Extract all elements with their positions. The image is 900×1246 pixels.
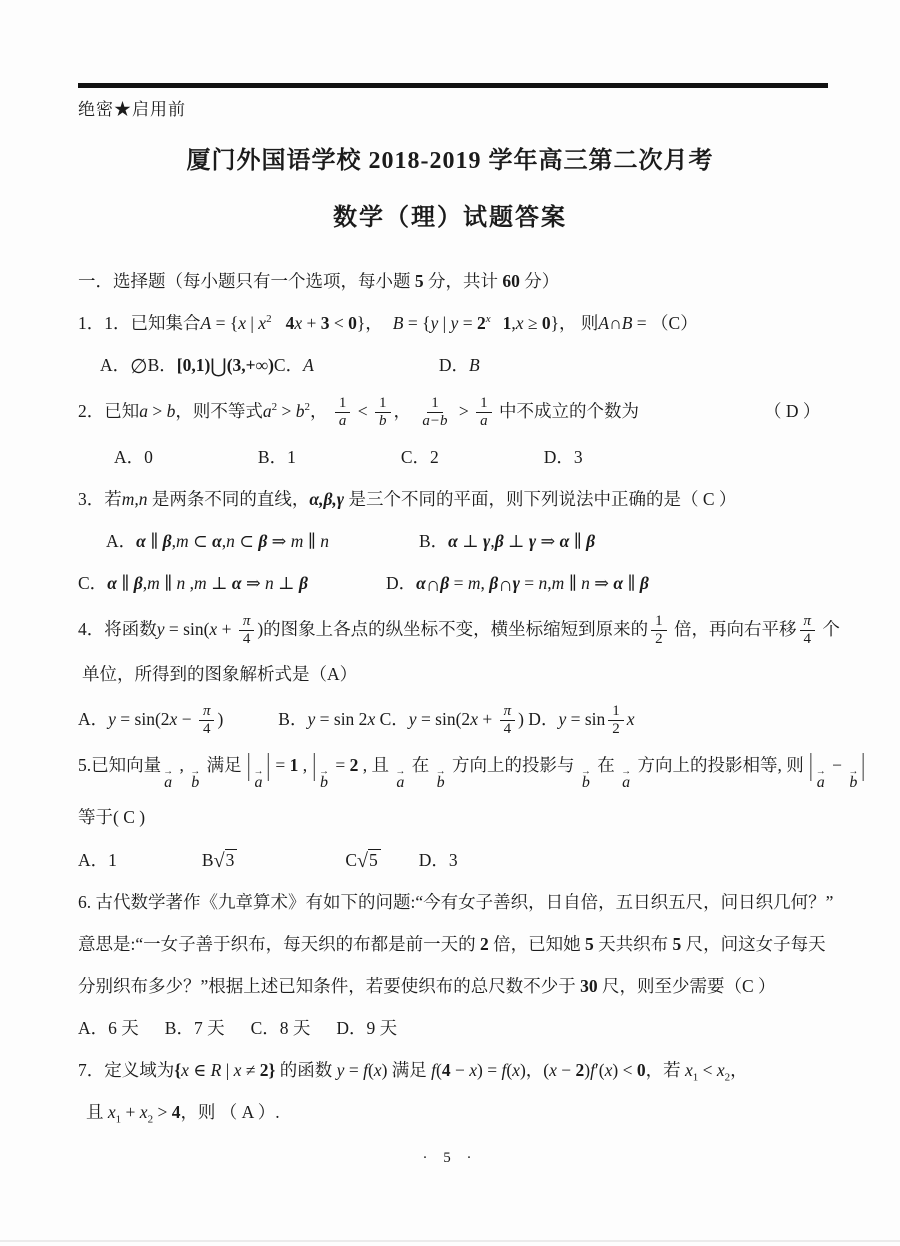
norm-bar: | (808, 741, 814, 787)
text-segment: = sin(2 (417, 709, 471, 729)
text-segment: C (345, 850, 357, 870)
text-segment: ⊥ (274, 573, 299, 593)
exam-title: 厦门外国语学校 2018-2019 学年高三第二次月考 (0, 140, 900, 175)
text-segment: 分别织布多少？”根据上述已知条件，若要使织布的总尺数不少于 (78, 976, 580, 996)
text-segment: A．1 (78, 850, 117, 870)
math-greek: β (163, 531, 172, 551)
q4-options: A．y = sin(2x − π4)B．y = sin 2x C．y = sin… (78, 703, 834, 739)
text-segment: ⊂ (235, 531, 258, 551)
math-fraction: π4 (800, 613, 816, 649)
text-segment: 60 (502, 271, 520, 291)
bottom-rule (0, 1240, 900, 1242)
fraction-denominator: 4 (800, 631, 816, 648)
text-segment: = { (403, 313, 430, 333)
text-segment: 倍，已知她 (489, 934, 585, 954)
text-segment: C． (375, 709, 409, 729)
text-segment: 尺，则至少需要（C ） (598, 976, 776, 996)
text-segment: 4 (286, 313, 295, 333)
math-variable: x (469, 1060, 477, 1080)
radical-sign: √ (357, 850, 368, 872)
math-variable: n (581, 573, 590, 593)
secrecy-label: 绝密★启用前 (78, 95, 186, 120)
text-segment: D．3 (419, 850, 458, 870)
fraction-numerator: 1 (375, 395, 391, 413)
math-fraction: 1a−b (418, 395, 451, 431)
text-segment: 30 (580, 976, 598, 996)
section-header: 一．选择题（每小题只有一个选项，每小题 5 分，共计 60 分） (78, 268, 834, 297)
math-variable: B (393, 313, 404, 333)
vector-letter: b (320, 775, 328, 791)
text-segment: + (478, 709, 497, 729)
text-segment: = (331, 755, 350, 775)
text-segment: , (185, 573, 194, 593)
fraction-numerator: π (800, 613, 816, 631)
text-segment: > (455, 401, 474, 421)
text-segment: 2 (480, 934, 489, 954)
text-segment: 厦门外国语学校 (187, 148, 369, 174)
text-segment: − (451, 1060, 470, 1080)
q5-options: A．1B√3C√5D．3 (78, 846, 834, 876)
text-segment: ⊂ (189, 531, 212, 551)
text-segment: 是三个不同的平面，则下列说法中正确的是（ C ） (344, 489, 736, 509)
text-segment: )，( (520, 1060, 549, 1080)
math-greek: α (136, 531, 146, 551)
text-segment: 7．定义域为 (78, 1060, 174, 1080)
square-root: √5 (357, 846, 381, 876)
text-segment: ， (394, 401, 416, 421)
text-segment: = sin 2 (315, 709, 367, 729)
math-variable: R (211, 1060, 222, 1080)
text-segment: = sin(2 (116, 709, 170, 729)
fraction-numerator: 1 (427, 395, 443, 413)
text-segment: 学年高三第二次月考 (482, 148, 714, 174)
text-segment: − (828, 755, 847, 775)
text-segment: B．7 天 (165, 1018, 225, 1038)
text-segment: )的图象上各点的纵坐标不变，横坐标缩短到原来的 (257, 618, 648, 638)
text-segment: ) = (477, 1060, 501, 1080)
text-segment: ， (730, 1060, 748, 1080)
text-segment: + (302, 313, 321, 333)
text-segment: ，则 （ A ）. (180, 1102, 279, 1122)
text-segment: ∥ (623, 573, 640, 593)
text-segment: 1．1．已知集合 (78, 313, 201, 333)
text-segment: B． (419, 531, 448, 551)
top-rule (78, 83, 828, 88)
text-segment: B． (148, 355, 177, 375)
vector-letter: b (191, 775, 199, 791)
text-segment: = { (211, 313, 238, 333)
text-segment: ∥ (569, 531, 586, 551)
fraction-numerator: π (239, 613, 255, 631)
math-fraction: 1a (476, 395, 492, 431)
text-segment: ，若 (646, 1060, 685, 1080)
text-segment: D． (439, 355, 469, 375)
math-variable: n (320, 531, 329, 551)
text-segment: ⊥ (458, 531, 483, 551)
math-greek: α (212, 531, 222, 551)
text-segment: > (153, 1102, 172, 1122)
text-segment: D．3 (544, 447, 583, 467)
text-segment: C． (274, 355, 303, 375)
text-segment: 且 (86, 1102, 108, 1122)
vector-symbol: →a (621, 768, 631, 791)
math-fraction: 1a (335, 395, 351, 431)
q7-text1: 7．定义域为{x ∈ R | x ≠ 2} 的函数 y = f(x) 满足 f(… (78, 1057, 834, 1086)
text-segment: > (277, 401, 296, 421)
math-greek: γ (513, 573, 520, 593)
math-variable: x (717, 1060, 725, 1080)
text-segment: 方向上的投影相等, 则 (633, 755, 808, 775)
fraction-denominator: a−b (418, 413, 451, 430)
fraction-denominator: 4 (239, 631, 255, 648)
text-segment: ⇒ (267, 531, 290, 551)
text-segment: 3．若 (78, 489, 122, 509)
math-greek: α (613, 573, 623, 593)
text-segment: A． (106, 531, 136, 551)
text-segment: ⇒ (536, 531, 559, 551)
math-fraction: π4 (500, 703, 516, 739)
math-variable: m (291, 531, 304, 551)
fraction-numerator: 1 (335, 395, 351, 413)
text-segment: 2 (260, 1060, 269, 1080)
vector-letter: a (164, 775, 172, 791)
math-fraction: 12 (651, 613, 667, 649)
set-symbol: ∩ (498, 574, 512, 596)
text-segment: A． (78, 709, 108, 729)
math-fraction: π4 (199, 703, 215, 739)
fraction-denominator: a (335, 413, 351, 430)
text-segment: = sin( (165, 618, 210, 638)
q6-text1: 6. 古代数学著作《九章算术》有如下的问题:“今有女子善织，日自倍，五日织五尺，… (78, 889, 834, 918)
math-variable: m (194, 573, 207, 593)
fraction-denominator: 2 (651, 631, 667, 648)
math-variable: n (265, 573, 274, 593)
text-segment: A． (100, 355, 130, 375)
math-fraction: 12 (608, 703, 624, 739)
q4-text2: 单位，所得到的图象解析式是（A） (78, 661, 834, 690)
text-segment: 在 (407, 755, 433, 775)
math-greek: α (560, 531, 570, 551)
text-segment: ∥ (160, 573, 177, 593)
fraction-numerator: π (199, 703, 215, 721)
radical-sign: √ (214, 850, 225, 872)
q5-text2: 等于( C ) (78, 804, 834, 833)
set-symbol: ∅ (130, 356, 147, 378)
text-segment: }， (357, 313, 383, 333)
text-segment: | (221, 1060, 233, 1080)
text-segment: > (148, 401, 167, 421)
vector-letter: a (622, 775, 630, 791)
text-segment: 天共织布 (594, 934, 673, 954)
math-greek: β (258, 531, 267, 551)
math-greek: α (416, 573, 426, 593)
vector-symbol: →b (190, 768, 200, 791)
q2-options: A．0B．1C．2D．3 (78, 444, 834, 473)
math-greek: β (640, 573, 649, 593)
text-segment: 等于( C ) (78, 807, 145, 827)
math-greek: β (586, 531, 595, 551)
text-segment: 满足 (202, 755, 246, 775)
q6-text2: 意思是:“一女子善于织布，每天织的布都是前一天的 2 倍，已知她 5 天共织布 … (78, 931, 834, 960)
text-segment: ≥ (523, 313, 541, 333)
math-variable: b (296, 401, 305, 421)
text-segment: ⊥ (207, 573, 232, 593)
q1-text: 1．1．已知集合A = {x | x24x + 3 < 0}，B = {y | … (78, 310, 834, 339)
math-greek: β (495, 531, 504, 551)
radicand: 5 (368, 849, 381, 870)
text-segment: C．8 天 (251, 1018, 311, 1038)
math-variable: a (263, 401, 272, 421)
text-segment: D．9 天 (336, 1018, 397, 1038)
text-segment: 0 (637, 1060, 646, 1080)
text-segment: ⇒ (242, 573, 265, 593)
text-segment: 是两条不同的直线， (148, 489, 310, 509)
vector-letter: b (849, 775, 857, 791)
vector-symbol: →a (395, 768, 405, 791)
text-segment: 2 (576, 1060, 585, 1080)
questions-area: 一．选择题（每小题只有一个选项，每小题 5 分，共计 60 分）1．1．已知集合… (78, 268, 834, 1141)
vector-letter: b (582, 775, 590, 791)
math-variable: m (468, 573, 481, 593)
text-segment: | (438, 313, 450, 333)
text-segment: ∈ (189, 1060, 211, 1080)
text-segment: 意思是:“一女子善于织布，每天织的布都是前一天的 (78, 934, 480, 954)
math-greek: α,β,γ (309, 489, 344, 509)
text-segment: ′( (595, 1060, 605, 1080)
math-variable: x (294, 313, 302, 333)
text-segment: ∩ (609, 313, 622, 333)
q4-text1: 4．将函数y = sin(x + π4)的图象上各点的纵坐标不变，横坐标缩短到原… (78, 613, 834, 649)
math-variable: n (539, 573, 548, 593)
math-greek: α (232, 573, 242, 593)
text-segment: = (344, 1060, 363, 1080)
text-segment: 2．已知 (78, 401, 139, 421)
fraction-denominator: 2 (608, 721, 624, 738)
text-segment: < (329, 313, 348, 333)
math-greek: α (448, 531, 458, 551)
vector-letter: a (255, 775, 263, 791)
math-fraction: π4 (239, 613, 255, 649)
math-variable: x (549, 1060, 557, 1080)
math-variable: y (108, 709, 116, 729)
text-segment: [0,1) (177, 355, 211, 375)
q2-text: 2．已知a > b，则不等式a2 > b2， 1a < 1b， 1a−b > 1… (78, 395, 834, 431)
q3-text: 3．若m,n 是两条不同的直线，α,β,γ 是三个不同的平面，则下列说法中正确的… (78, 486, 834, 515)
text-segment: C．2 (401, 447, 439, 467)
vector-letter: a (396, 775, 404, 791)
text-segment: 2 (477, 313, 486, 333)
text-segment: ， (310, 401, 332, 421)
vector-symbol: →a (816, 768, 826, 791)
math-greek: β (440, 573, 449, 593)
math-variable: x (374, 1060, 382, 1080)
math-variable: A (201, 313, 212, 333)
math-variable: n (226, 531, 235, 551)
exam-subtitle: 数学（理）试题答案 (0, 197, 900, 232)
norm-bar: | (266, 741, 272, 787)
text-segment: ≠ (241, 1060, 259, 1080)
text-segment: < (698, 1060, 717, 1080)
page-number: · 5 · (0, 1150, 900, 1167)
text-segment: ∥ (564, 573, 581, 593)
text-segment: 5 (585, 934, 594, 954)
exam-document-page: 绝密★启用前 厦门外国语学校 2018-2019 学年高三第二次月考 数学（理）… (0, 0, 900, 1246)
text-segment: 5 (673, 934, 682, 954)
text-segment: D． (386, 573, 416, 593)
math-variable: a (139, 401, 148, 421)
math-variable: x (258, 313, 266, 333)
math-variable: x (140, 1102, 148, 1122)
text-segment: ∥ (117, 573, 134, 593)
text-segment: 倍，再向右平移 (670, 618, 797, 638)
text-segment: ⊥ (504, 531, 529, 551)
text-segment: − (177, 709, 196, 729)
text-segment: 尺，问这女子每天 (681, 934, 825, 954)
q6-options: A．6 天B．7 天C．8 天D．9 天 (78, 1015, 834, 1044)
norm-bar: | (312, 741, 318, 787)
math-variable: A (303, 355, 314, 375)
text-segment: 0 (542, 313, 551, 333)
math-variable: B (469, 355, 480, 375)
math-variable: n (177, 573, 186, 593)
text-segment: , (298, 755, 311, 775)
text-segment: 4 (442, 1060, 451, 1080)
text-segment: 方向上的投影与 (448, 755, 579, 775)
text-segment: = (449, 573, 468, 593)
text-segment: 0 (348, 313, 357, 333)
text-segment: 6. 古代数学著作《九章算术》有如下的问题:“今有女子善织，日自倍，五日织五尺，… (78, 892, 833, 912)
vector-symbol: →b (319, 768, 329, 791)
text-segment: 则 (577, 313, 599, 333)
text-segment: ∥ (146, 531, 163, 551)
text-segment: A．0 (114, 447, 153, 467)
text-segment: 中不成立的个数为 (495, 401, 639, 421)
math-variable: y (157, 618, 165, 638)
q1-options: A．∅B．[0,1)⋃(3,+∞)C．AD．B (78, 352, 834, 382)
math-variable: m (147, 573, 160, 593)
square-root: √3 (214, 846, 238, 876)
math-variable: x (181, 1060, 189, 1080)
text-segment: = （C） (632, 313, 697, 333)
set-symbol: ∩ (426, 574, 440, 596)
math-variable: x (470, 709, 478, 729)
vector-symbol: →b (436, 768, 446, 791)
math-variable: x (238, 313, 246, 333)
text-segment: 单位，所得到的图象解析式是（A） (82, 664, 357, 684)
text-segment: , (480, 573, 489, 593)
text-segment: 在 (593, 755, 619, 775)
math-greek: α (107, 573, 117, 593)
text-segment: 分） (520, 271, 559, 291)
vector-letter: a (817, 775, 825, 791)
text-segment: 4．将函数 (78, 618, 157, 638)
q6-text3: 分别织布多少？”根据上述已知条件，若要使织布的总尺数不少于 30 尺，则至少需要… (78, 973, 834, 1002)
text-segment: B． (278, 709, 307, 729)
fraction-denominator: b (375, 413, 391, 430)
text-segment: 个 (818, 618, 840, 638)
math-variable: x (627, 709, 635, 729)
text-segment: ) < (612, 1060, 636, 1080)
text-segment: = (520, 573, 539, 593)
text-segment: 一．选择题（每小题只有一个选项，每小题 (78, 271, 415, 291)
superscript: x (486, 313, 491, 325)
fraction-numerator: 1 (608, 703, 624, 721)
text-segment: B．1 (258, 447, 296, 467)
text-segment: C． (78, 573, 107, 593)
q3-options-ab: A．α ∥ β,m ⊂ α,n ⊂ β ⇒ m ∥ nB．α ⊥ γ,β ⊥ γ… (78, 528, 834, 557)
text-segment: ∥ (303, 531, 320, 551)
radicand: 3 (225, 849, 238, 870)
math-variable: m (552, 573, 565, 593)
fraction-numerator: 1 (476, 395, 492, 413)
vector-symbol: →a (254, 768, 264, 791)
text-segment: = (458, 313, 477, 333)
text-segment: （ D ） (764, 401, 820, 421)
q7-text2: 且 x1 + x2 > 4，则 （ A ）. (78, 1099, 834, 1128)
math-variable: B (622, 313, 633, 333)
text-segment: 5.已知向量 (78, 755, 161, 775)
text-segment: }， (551, 313, 577, 333)
fraction-denominator: 4 (199, 721, 215, 738)
norm-bar: | (860, 741, 866, 787)
math-variable: A (598, 313, 609, 333)
text-segment: + (121, 1102, 140, 1122)
text-segment: 的函数 (275, 1060, 336, 1080)
text-segment: ) 满足 (382, 1060, 432, 1080)
fraction-numerator: 1 (651, 613, 667, 631)
math-greek: β (134, 573, 143, 593)
norm-bar: | (246, 741, 252, 787)
vector-symbol: →b (581, 768, 591, 791)
text-segment: ) (217, 709, 223, 729)
text-segment: 5 (415, 271, 424, 291)
vector-symbol: →b (848, 768, 858, 791)
text-segment: + (217, 618, 236, 638)
title-block: 厦门外国语学校 2018-2019 学年高三第二次月考 数学（理）试题答案 (0, 140, 900, 232)
math-variable: m,n (122, 489, 148, 509)
text-segment: , 且 (358, 755, 393, 775)
fraction-denominator: a (476, 413, 492, 430)
text-segment: ) D． (518, 709, 558, 729)
text-segment: = sin (566, 709, 605, 729)
text-segment: B (202, 850, 214, 870)
math-variable: x (685, 1060, 693, 1080)
text-segment: ，则不等式 (175, 401, 263, 421)
math-greek: β (489, 573, 498, 593)
math-variable: m (176, 531, 189, 551)
text-segment: ⇒ (590, 573, 613, 593)
text-segment: = (271, 755, 290, 775)
q5-text: 5.已知向量→a , →b 满足 |→a| = 1 , |→b = 2 , 且 … (78, 752, 834, 791)
fraction-numerator: π (500, 703, 516, 721)
math-fraction: 1b (375, 395, 391, 431)
text-segment: | (246, 313, 258, 333)
text-segment: , (175, 755, 188, 775)
q3-options-cd: C．α ∥ β,m ∥ n ,m ⊥ α ⇒ n ⊥ βD．α∩β = m, β… (78, 570, 834, 600)
text-segment: < (353, 401, 372, 421)
math-variable: x (512, 1060, 520, 1080)
fraction-denominator: 4 (500, 721, 516, 738)
math-greek: β (299, 573, 308, 593)
set-symbol: ⋃ (210, 356, 226, 378)
vector-letter: b (437, 775, 445, 791)
text-segment: − (557, 1060, 576, 1080)
math-variable: y (409, 709, 417, 729)
text-segment: (3,+∞) (227, 355, 274, 375)
text-segment: A．6 天 (78, 1018, 139, 1038)
math-variable: x (108, 1102, 116, 1122)
text-segment: 2018-2019 (369, 148, 482, 174)
